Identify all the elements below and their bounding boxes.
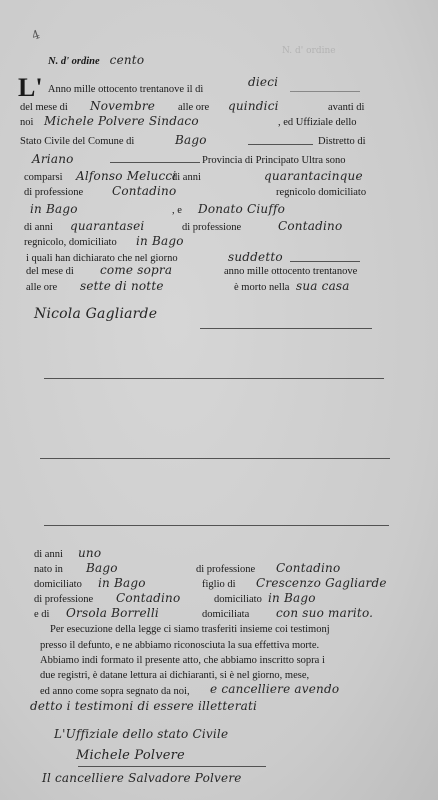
death-day-value: suddetto bbox=[228, 251, 283, 263]
document-page: 4 N. d' ordine N. d' ordine cento L' Ann… bbox=[0, 0, 438, 800]
closing-line-2: presso il defunto, e ne abbiamo riconosc… bbox=[40, 640, 319, 652]
death-hour-value: sette di notte bbox=[80, 280, 164, 292]
deceased-age: uno bbox=[78, 547, 101, 559]
closing-line-1: Per esecuzione della legge ci siamo tras… bbox=[50, 624, 330, 636]
district-value: Ariano bbox=[32, 153, 74, 165]
order-number-row: N. d' ordine cento bbox=[48, 54, 144, 68]
comune-value: Bago bbox=[175, 134, 207, 146]
witness-1-profession: Contadino bbox=[112, 185, 176, 197]
blank-line bbox=[44, 525, 389, 526]
witness-1-name: Alfonso Melucci bbox=[76, 170, 176, 182]
official-signature: Michele Polvere bbox=[76, 750, 185, 762]
deceased-profession: Contadino bbox=[276, 562, 340, 574]
official-name: Michele Polvere Sindaco bbox=[44, 115, 199, 127]
blank-line bbox=[44, 378, 384, 379]
closing-line-3: Abbiamo indi formato il presente atto, c… bbox=[40, 655, 325, 667]
day-value: dieci bbox=[248, 76, 278, 88]
order-number-value: cento bbox=[110, 53, 145, 67]
chancellor-signature: Il cancelliere Salvadore Polvere bbox=[42, 772, 242, 784]
witness-2-name: Donato Ciuffo bbox=[198, 203, 285, 215]
closing-hand-1: e cancelliere avendo bbox=[210, 683, 339, 695]
deceased-domicile: in Bago bbox=[98, 577, 146, 589]
blank-line bbox=[40, 458, 390, 459]
mother-domicile: con suo marito. bbox=[276, 607, 373, 619]
father-name: Crescenzo Gagliarde bbox=[256, 577, 387, 589]
closing-hand-2: detto i testimoni di essere illetterati bbox=[30, 700, 257, 712]
father-profession: Contadino bbox=[116, 592, 180, 604]
hour-value: quindici bbox=[228, 100, 279, 112]
witness-1-domicile: in Bago bbox=[30, 203, 78, 215]
deceased-birthplace: Bago bbox=[86, 562, 118, 574]
witness-2-age: quarantasei bbox=[70, 220, 144, 232]
official-title-signature: L'Uffiziale dello stato Civile bbox=[54, 728, 228, 740]
closing-line-5: ed anno come sopra segnato da noi, bbox=[40, 686, 190, 698]
death-place-value: sua casa bbox=[296, 280, 350, 292]
witness-2-domicile: in Bago bbox=[136, 235, 184, 247]
body-line-1: L' Anno mille ottocento trentanove il dì bbox=[18, 76, 203, 100]
bleed-through-text: N. d' ordine bbox=[282, 46, 336, 56]
mother-name: Orsola Borrelli bbox=[66, 607, 159, 619]
month-value: Novembre bbox=[90, 100, 155, 112]
witness-2-profession: Contadino bbox=[278, 220, 342, 232]
corner-mark: 4 bbox=[30, 27, 42, 43]
father-domicile: in Bago bbox=[268, 592, 316, 604]
death-month-value: come sopra bbox=[100, 264, 172, 276]
order-number-label: N. d' ordine bbox=[48, 56, 100, 67]
witness-1-age: quarantacinque bbox=[264, 170, 363, 182]
closing-line-4: due registri, è datane lettura ai dichia… bbox=[40, 670, 309, 682]
deceased-name: Nicola Gagliarde bbox=[34, 308, 157, 320]
